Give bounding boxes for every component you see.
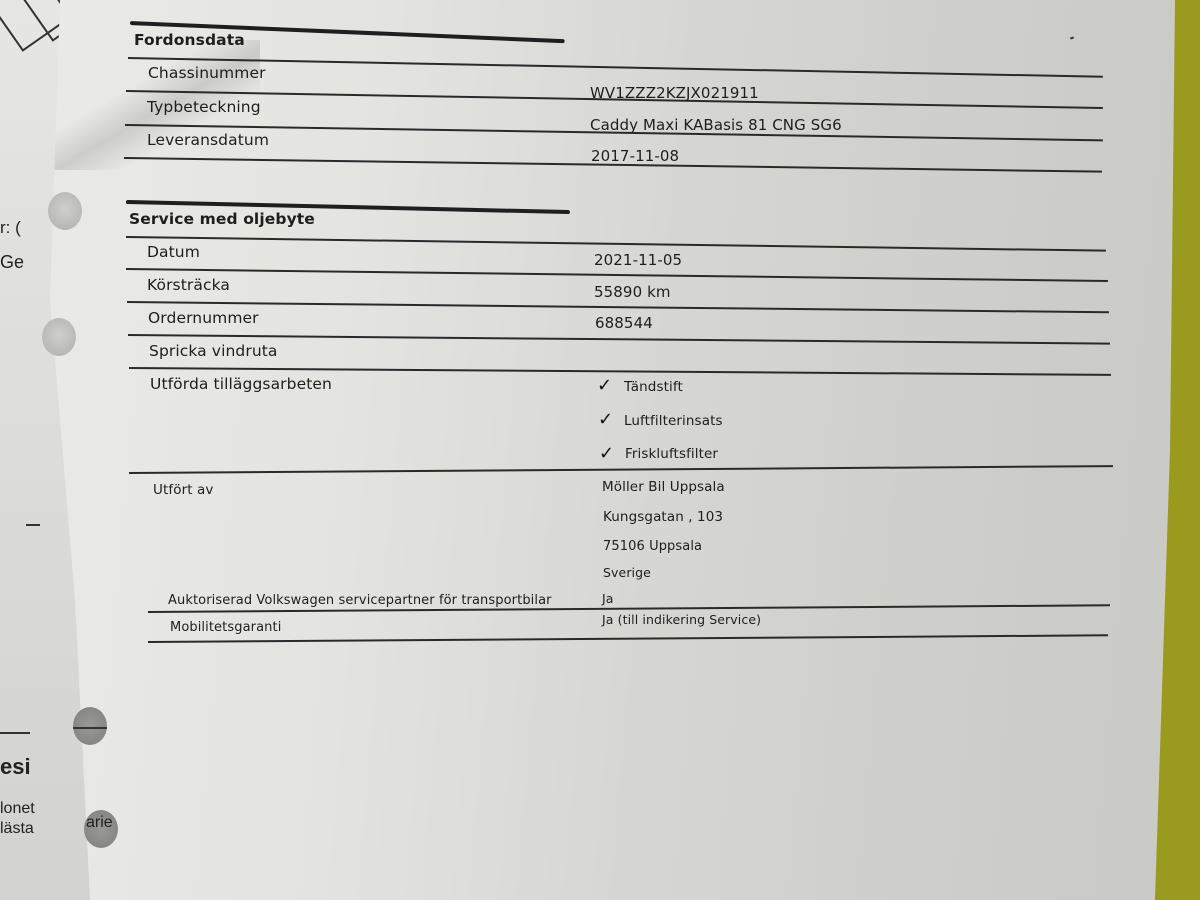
dealer-street: Kungsgatan , 103 [603,509,723,525]
additional-work-item: Tändstift [624,379,683,395]
field-label: Spricka vindruta [149,342,278,360]
background-text: lonet [0,800,35,818]
field-value-date: 2021-11-05 [594,251,682,269]
dealer-country: Sverige [603,565,651,580]
background-rule [0,732,30,734]
field-value-delivery-date: 2017-11-08 [591,147,679,165]
punch-hole [42,318,76,356]
field-value-order-number: 688544 [595,314,653,332]
field-label: Chassinummer [148,64,266,82]
background-text: r: ( [0,218,21,238]
background-text: esi [0,754,31,780]
punch-hole-text: arie [86,814,113,832]
field-label: Ordernummer [148,309,259,327]
checkmark-icon: ✓ [598,409,613,430]
punch-hole [73,707,107,745]
dealer-postal: 75106 Uppsala [603,539,702,554]
checkmark-icon: ✓ [599,443,614,464]
punch-hole [48,192,82,230]
additional-work-item: Luftfilterinsats [624,413,723,429]
field-label: Leveransdatum [147,131,269,149]
background-text: lästa [0,820,34,838]
field-label: Utfört av [153,482,213,498]
field-value-authorized-partner: Ja [602,591,614,606]
field-value-mobility-guarantee: Ja (till indikering Service) [602,612,761,627]
section-title: Fordonsdata [134,31,245,49]
background-text: Ge [0,252,24,273]
field-label: Utförda tilläggsarbeten [150,375,332,393]
field-label: Datum [147,243,200,261]
field-label: Körsträcka [147,276,230,294]
section-title: Service med oljebyte [129,210,315,228]
field-label: Auktoriserad Volkswagen servicepartner f… [168,593,552,608]
field-label: Typbeteckning [147,98,261,116]
checkmark-icon: ✓ [597,375,612,396]
additional-work-item: Friskluftsfilter [625,446,718,462]
background-rule [26,524,40,526]
field-value-mileage: 55890 km [594,283,671,301]
dealer-name: Möller Bil Uppsala [602,479,725,495]
field-label: Mobilitetsgaranti [170,620,281,635]
